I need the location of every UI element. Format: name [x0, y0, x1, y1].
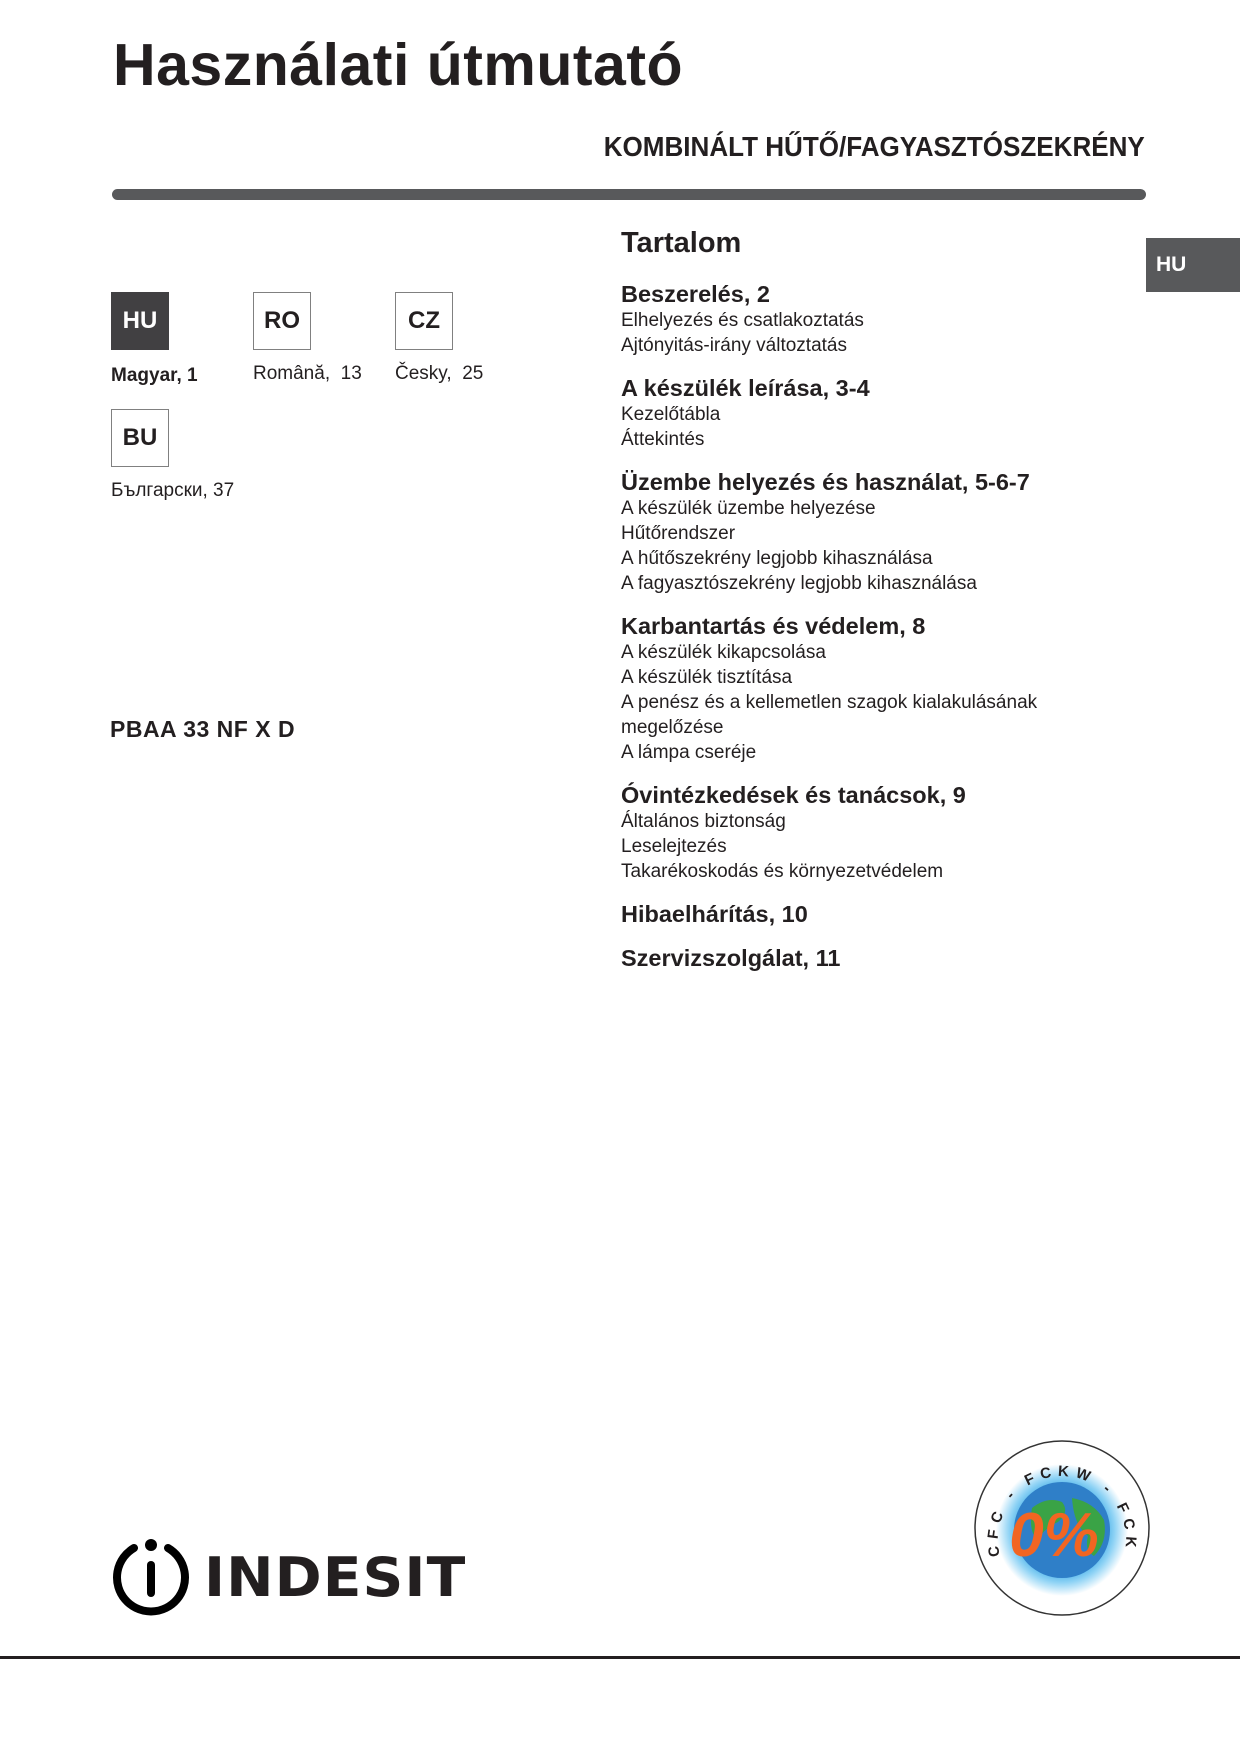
- toc-heading[interactable]: Óvintézkedések és tanácsok, 9: [621, 781, 1141, 809]
- model-number: PBAA 33 NF X D: [110, 716, 295, 743]
- toc-section: Hibaelhárítás, 10: [621, 900, 1141, 928]
- toc-item[interactable]: Kezelőtábla: [621, 402, 1141, 427]
- toc-item[interactable]: Általános biztonság: [621, 809, 1141, 834]
- brand-logo: INDESIT: [110, 1536, 454, 1618]
- toc-title: Tartalom: [621, 229, 1141, 258]
- toc-heading[interactable]: Hibaelhárítás, 10: [621, 900, 1141, 928]
- lang-label-ro[interactable]: Română, 13: [253, 364, 362, 383]
- lang-label-bu[interactable]: Български, 37: [111, 481, 234, 500]
- toc-section: Beszerelés, 2 Elhelyezés és csatlakoztat…: [621, 280, 1141, 358]
- lang-box-bu[interactable]: BU: [111, 409, 169, 467]
- toc-heading[interactable]: A készülék leírása, 3-4: [621, 374, 1141, 402]
- power-i-icon: [110, 1536, 192, 1618]
- footer-rule: [0, 1656, 1240, 1659]
- cfc-free-badge: 0% CFC - FCKW - FCK: [972, 1438, 1152, 1618]
- lang-box-hu[interactable]: HU: [111, 292, 169, 350]
- svg-text:0%: 0%: [1009, 1501, 1099, 1570]
- toc-item[interactable]: Elhelyezés és csatlakoztatás: [621, 308, 1141, 333]
- toc-section: Szervizszolgálat, 11: [621, 944, 1141, 972]
- brand-name: INDESIT: [204, 1546, 466, 1609]
- toc-item[interactable]: A lámpa cseréje: [621, 740, 1141, 765]
- lang-code: CZ: [408, 307, 440, 335]
- toc-item[interactable]: A készülék tisztítása: [621, 665, 1141, 690]
- toc-heading[interactable]: Szervizszolgálat, 11: [621, 944, 1141, 972]
- toc-item[interactable]: A fagyasztószekrény legjobb kihasználása: [621, 571, 1141, 596]
- toc-item[interactable]: Ajtónyitás-irány változtatás: [621, 333, 1141, 358]
- toc-heading[interactable]: Beszerelés, 2: [621, 280, 1141, 308]
- toc-item[interactable]: Áttekintés: [621, 427, 1141, 452]
- side-tab-label: HU: [1156, 253, 1186, 277]
- toc-section: A készülék leírása, 3-4 Kezelőtábla Átte…: [621, 374, 1141, 452]
- lang-code: RO: [264, 307, 300, 335]
- lang-label-hu[interactable]: Magyar, 1: [111, 366, 198, 385]
- lang-box-cz[interactable]: CZ: [395, 292, 453, 350]
- document-title: Használati útmutató: [113, 36, 683, 95]
- lang-box-ro[interactable]: RO: [253, 292, 311, 350]
- toc-section: Üzembe helyezés és használat, 5-6-7 A ké…: [621, 468, 1141, 596]
- toc-section: Karbantartás és védelem, 8 A készülék ki…: [621, 612, 1141, 765]
- lang-code: HU: [123, 307, 158, 335]
- toc-item[interactable]: A hűtőszekrény legjobb kihasználása: [621, 546, 1141, 571]
- toc-section: Óvintézkedések és tanácsok, 9 Általános …: [621, 781, 1141, 884]
- table-of-contents: Tartalom Beszerelés, 2 Elhelyezés és csa…: [621, 229, 1141, 988]
- document-subtitle: KOMBINÁLT HŰTŐ/FAGYASZTÓSZEKRÉNY: [604, 133, 1145, 161]
- toc-item[interactable]: Leselejtezés: [621, 834, 1141, 859]
- toc-heading[interactable]: Üzembe helyezés és használat, 5-6-7: [621, 468, 1141, 496]
- toc-item[interactable]: Hűtőrendszer: [621, 521, 1141, 546]
- lang-code: BU: [123, 424, 158, 452]
- language-side-tab: HU: [1146, 238, 1240, 292]
- toc-item[interactable]: A készülék üzembe helyezése: [621, 496, 1141, 521]
- toc-item[interactable]: A készülék kikapcsolása: [621, 640, 1141, 665]
- header-rule: [112, 189, 1146, 200]
- toc-item[interactable]: Takarékoskodás és környezetvédelem: [621, 859, 1141, 884]
- toc-item[interactable]: A penész és a kellemetlen szagok kialaku…: [621, 690, 1091, 740]
- lang-label-cz[interactable]: Česky, 25: [395, 364, 483, 383]
- toc-heading[interactable]: Karbantartás és védelem, 8: [621, 612, 1141, 640]
